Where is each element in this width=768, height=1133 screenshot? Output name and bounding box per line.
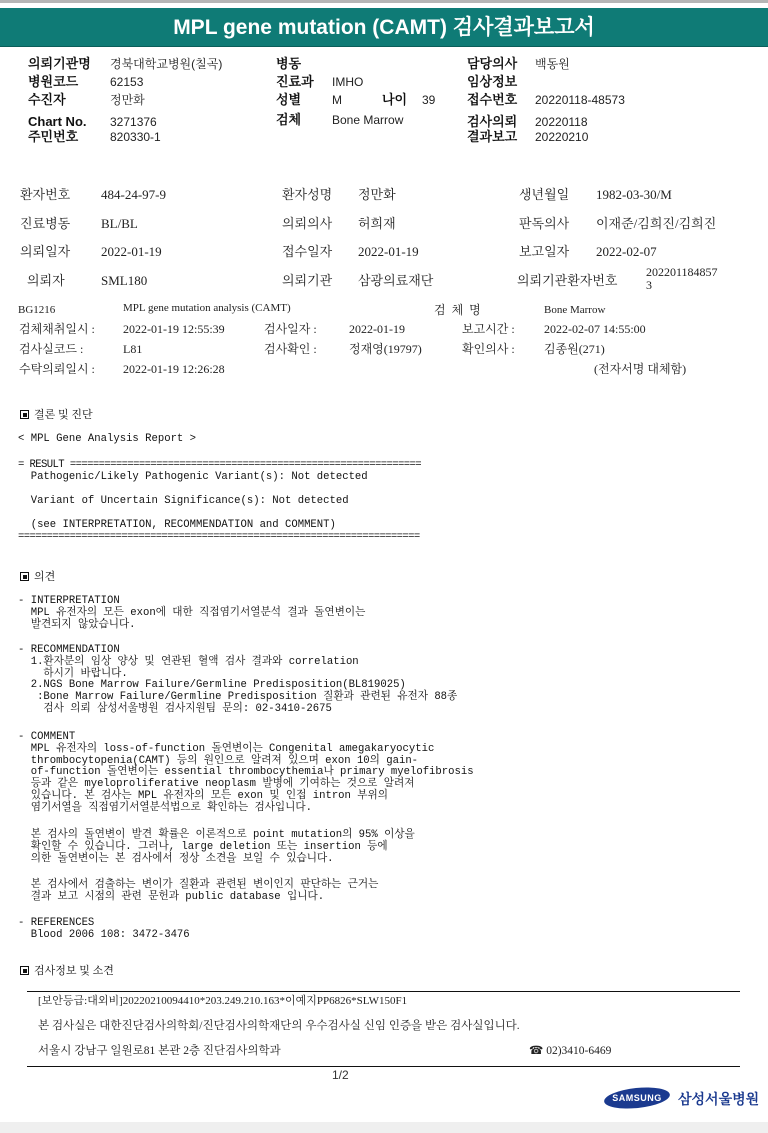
comment-text-2: 본 검사의 돌연변이 발견 확률은 이론적으로 point mutation의 … [18, 830, 415, 865]
header-label: 담당의사 [467, 57, 535, 71]
patient-label: 의뢰기관 [282, 273, 332, 289]
recommendation-text: - RECOMMENDATION 1.환자분의 임상 양상 및 연관된 혈액 검… [18, 645, 457, 716]
patient-value: BL/BL [101, 216, 138, 232]
header-label: 병동 [276, 57, 332, 71]
patient-label: 판독의사 [519, 216, 569, 232]
interpretation-text: - INTERPRETATION MPL 유전자의 모든 exon에 대한 직접… [18, 596, 365, 631]
header-value: 경북대학교병원(칠곡) [110, 57, 222, 71]
patient-value: 202201184857 [646, 266, 718, 279]
patient-label: 접수일자 [282, 244, 332, 260]
patient-value: 이재준/김희진/김희진 [596, 216, 716, 232]
square-bullet-icon [20, 410, 29, 419]
header-label: 임상정보 [467, 75, 535, 89]
header-label: Chart No. [28, 115, 110, 129]
section-conclusion: 결론 및 진단 [20, 409, 93, 422]
footer-divider [27, 1066, 740, 1067]
header-value: M [332, 93, 382, 107]
header-value: 정만화 [110, 93, 145, 107]
header-value: 62153 [110, 75, 143, 89]
header-col3: 담당의사백동원 임상정보 접수번호20220118-48573 검사의뢰2022… [467, 57, 625, 148]
header-label: 검사의뢰 [467, 115, 535, 129]
header-label: 접수번호 [467, 93, 535, 107]
patient-label: 의뢰자 [27, 273, 65, 289]
header-value: 백동원 [535, 57, 570, 71]
patient-value: 2022-02-07 [596, 244, 657, 260]
collect-value: 2022-01-19 12:55:39 [123, 322, 225, 336]
header-col1: 의뢰기관명경북대학교병원(칠곡) 병원코드62153 수진자정만화 Chart … [28, 57, 222, 148]
patient-value: 484-24-97-9 [101, 187, 166, 203]
patient-value: 정만화 [358, 187, 396, 203]
lab-code-value: L81 [123, 342, 142, 356]
section-title: 의견 [34, 571, 55, 583]
report-title: MPL gene mutation (CAMT) 검사결과보고서 [0, 8, 768, 47]
age-label: 나이 [382, 93, 422, 107]
references-text: - REFERENCES Blood 2006 108: 3472-3476 [18, 918, 190, 942]
end-divider: ========================================… [18, 532, 420, 544]
specimen-label: 검 체 명 [434, 303, 481, 317]
header-label: 진료과 [276, 75, 332, 89]
svg-text:SAMSUNG: SAMSUNG [612, 1093, 662, 1103]
test-code: BG1216 [18, 303, 55, 317]
header-label: 성별 [276, 93, 332, 107]
patient-value: 2022-01-19 [101, 244, 162, 260]
certification-line: 본 검사실은 대한진단검사의학회/진단검사의학재단의 우수검사실 신임 인증을 … [38, 1019, 520, 1033]
phone-icon: ☎ [529, 1045, 543, 1057]
doctor-value: 김종원(271) [544, 342, 605, 356]
esign-note: (전자서명 대체함) [594, 362, 686, 376]
report-heading: < MPL Gene Analysis Report > [18, 434, 196, 446]
header-value: 20220210 [535, 130, 588, 144]
section-title: 결론 및 진단 [34, 409, 93, 421]
comment-text: - COMMENT MPL 유전자의 loss-of-function 돌연변이… [18, 732, 474, 815]
header-label: 주민번호 [28, 130, 110, 144]
samsung-logo: SAMSUNG [603, 1085, 671, 1110]
divider-line [27, 991, 740, 992]
patient-value: 삼광의료재단 [358, 273, 433, 289]
doctor-label: 확인의사 : [462, 342, 515, 356]
header-label: 의뢰기관명 [28, 57, 110, 71]
vus-result: Variant of Uncertain Significance(s): No… [18, 496, 349, 508]
patient-value: 1982-03-30/M [596, 187, 672, 203]
header-value: 20220118 [535, 115, 588, 129]
header-value: IMHO [332, 75, 363, 89]
square-bullet-icon [20, 572, 29, 581]
patient-value: 허희재 [358, 216, 396, 232]
specimen-value: Bone Marrow [544, 303, 605, 317]
test-date-label: 검사일자 : [264, 322, 317, 336]
samsung-logo-icon: SAMSUNG [603, 1085, 671, 1110]
patient-label: 진료병동 [20, 216, 70, 232]
address-line: 서울시 강남구 일원로81 본관 2층 진단검사의학과 [38, 1044, 281, 1058]
lab-code-label: 검사실코드 : [19, 342, 83, 356]
header-col2: 병동 진료과IMHO 성별M나이39 검체Bone Marrow [276, 57, 435, 130]
confirm-label: 검사확인 : [264, 342, 317, 356]
square-bullet-icon [20, 966, 29, 975]
header-value: 3271376 [110, 115, 157, 129]
patient-label: 의뢰일자 [20, 244, 70, 260]
collect-label: 검체채취일시 : [19, 322, 95, 336]
top-border [0, 0, 768, 3]
patient-label: 의뢰기관환자번호 [517, 273, 617, 289]
phone-line: ☎ 02)3410-6469 [529, 1044, 611, 1058]
confirm-value: 정재영(19797) [349, 342, 422, 356]
patient-label: 환자성명 [282, 187, 332, 203]
patient-label: 의뢰의사 [282, 216, 332, 232]
header-label: 수진자 [28, 93, 110, 107]
report-time-label: 보고시간 : [462, 322, 515, 336]
header-value: 20220118-48573 [535, 93, 625, 107]
report-time-value: 2022-02-07 14:55:00 [544, 322, 646, 336]
patient-label: 환자번호 [20, 187, 70, 203]
patient-value-cont: 3 [646, 279, 652, 292]
hospital-name: 삼성서울병원 [678, 1089, 759, 1109]
commission-label: 수탁의뢰일시 : [19, 362, 95, 376]
pathogenic-result: Pathogenic/Likely Pathogenic Variant(s):… [18, 472, 368, 484]
section-info: 검사정보 및 소견 [20, 965, 114, 978]
section-title: 검사정보 및 소견 [34, 965, 114, 977]
header-label: 결과보고 [467, 130, 535, 144]
header-value: 820330-1 [110, 130, 161, 144]
security-line: [보안등급:대외비]20220210094410*203.249.210.163… [38, 994, 407, 1008]
age-value: 39 [422, 93, 435, 107]
commission-value: 2022-01-19 12:26:28 [123, 362, 225, 376]
section-opinion: 의견 [20, 571, 55, 584]
test-date-value: 2022-01-19 [349, 322, 405, 336]
patient-value: SML180 [101, 273, 147, 289]
page-number: 1/2 [332, 1068, 349, 1082]
header-label: 병원코드 [28, 75, 110, 89]
patient-value: 2022-01-19 [358, 244, 419, 260]
patient-label: 생년월일 [519, 187, 569, 203]
bottom-strip [0, 1122, 768, 1133]
header-label: 검체 [276, 113, 332, 127]
header-value: Bone Marrow [332, 113, 403, 127]
comment-text-3: 본 검사에서 검출하는 변이가 질환과 관련된 변이인지 판단하는 근거는 결과… [18, 880, 378, 904]
patient-label: 보고일자 [519, 244, 569, 260]
phone-number: 02)3410-6469 [546, 1045, 611, 1057]
test-name: MPL gene mutation analysis (CAMT) [123, 301, 291, 315]
